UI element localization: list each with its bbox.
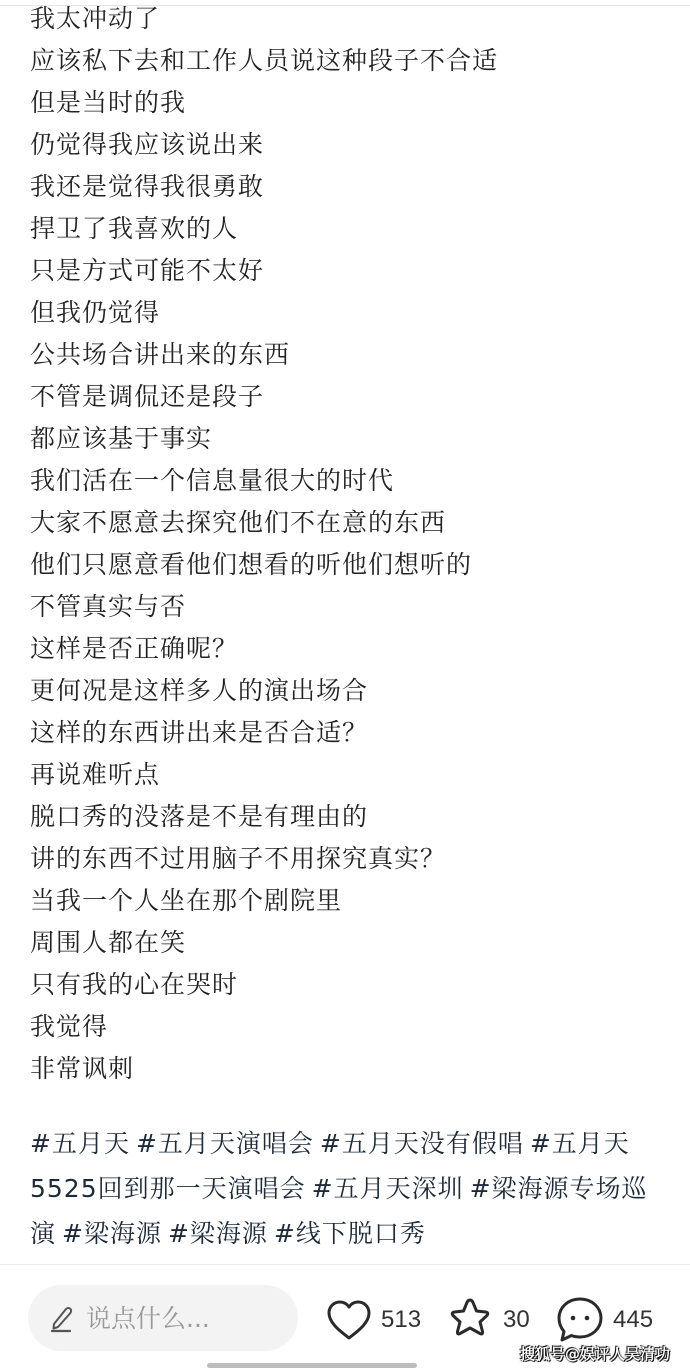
post-line: 更何况是这样多人的演出场合 [30, 670, 670, 712]
post-line: 我觉得 [30, 1006, 670, 1048]
post-line: 周围人都在笑 [30, 922, 670, 964]
post-line: 都应该基于事实 [30, 418, 670, 460]
post-line: 大家不愿意去探究他们不在意的东西 [30, 502, 670, 544]
comment-input-pill[interactable] [28, 1285, 298, 1351]
comment-count: 445 [613, 1306, 653, 1334]
star-icon [445, 1296, 495, 1344]
post-line: 应该私下去和工作人员说这种段子不合适 [30, 40, 670, 82]
post-line: 只是方式可能不太好 [30, 250, 670, 292]
hashtag-link[interactable]: #五月天演唱会 [136, 1129, 314, 1158]
chat-bubble-icon [555, 1295, 605, 1345]
favorite-button[interactable]: 30 [445, 1295, 530, 1345]
comment-input[interactable] [84, 1303, 288, 1334]
hashtag-link[interactable]: #线下脱口秀 [274, 1219, 426, 1248]
post-body: 我太冲动了 应该私下去和工作人员说这种段子不合适 但是当时的我 仍觉得我应该说出… [30, 0, 670, 1090]
hashtag-link[interactable]: #五月天 [30, 1129, 130, 1158]
post-line: 不管是调侃还是段子 [30, 376, 670, 418]
post-line: 这样是否正确呢？ [30, 628, 670, 670]
post-line: 但我仍觉得 [30, 292, 670, 334]
home-indicator[interactable] [207, 1363, 417, 1368]
post-line: 脱口秀的没落是不是有理由的 [30, 796, 670, 838]
hashtag-list: #五月天#五月天演唱会#五月天没有假唱#五月天5525回到那一天演唱会#五月天深… [30, 1121, 670, 1256]
pencil-icon [48, 1303, 76, 1333]
post-line: 公共场合讲出来的东西 [30, 334, 670, 376]
comment-button[interactable]: 445 [555, 1295, 653, 1345]
post-line: 他们只愿意看他们想看的听他们想听的 [30, 544, 670, 586]
post-line: 我们活在一个信息量很大的时代 [30, 460, 670, 502]
post-line: 讲的东西不过用脑子不用探究真实？ [30, 838, 670, 880]
post-line: 我太冲动了 [30, 0, 670, 40]
favorite-count: 30 [503, 1306, 530, 1334]
post-line: 但是当时的我 [30, 82, 670, 124]
post-line: 非常讽刺 [30, 1048, 670, 1090]
post-line: 当我一个人坐在那个剧院里 [30, 880, 670, 922]
hashtag-link[interactable]: #梁海源 [168, 1219, 268, 1248]
post-line: 捍卫了我喜欢的人 [30, 208, 670, 250]
post-line: 只有我的心在哭时 [30, 964, 670, 1006]
post-line: 这样的东西讲出来是否合适？ [30, 712, 670, 754]
heart-icon [325, 1298, 373, 1342]
hashtag-link[interactable]: #五月天深圳 [312, 1174, 464, 1203]
hashtag-link[interactable]: #梁海源 [62, 1219, 162, 1248]
post-line: 再说难听点 [30, 754, 670, 796]
post-line: 我还是觉得我很勇敢 [30, 166, 670, 208]
like-count: 513 [381, 1306, 421, 1334]
hashtag-link[interactable]: #五月天没有假唱 [320, 1129, 524, 1158]
post-line: 仍觉得我应该说出来 [30, 124, 670, 166]
watermark: 搜狐号@娱评人吴清功 [520, 1343, 670, 1364]
post-line: 不管真实与否 [30, 586, 670, 628]
like-button[interactable]: 513 [325, 1295, 421, 1345]
